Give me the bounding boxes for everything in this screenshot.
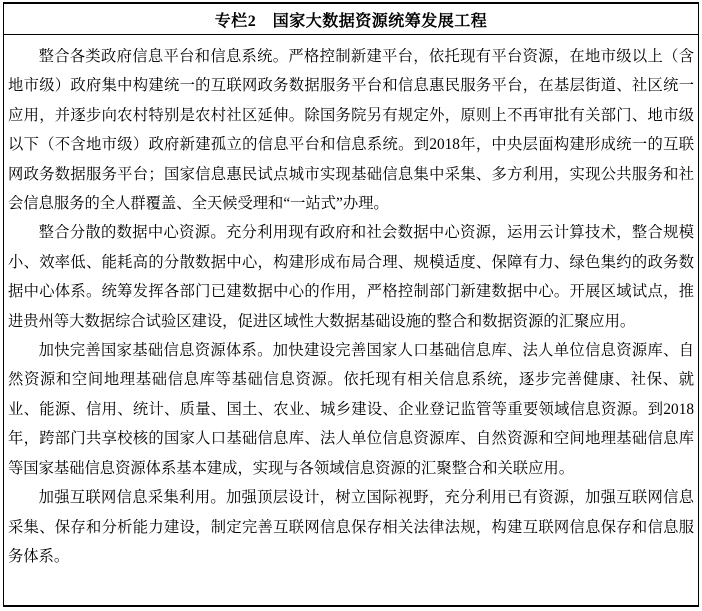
paragraph-basic-information-resources: 加快完善国家基础信息资源体系。加快建设完善国家人口基础信息库、法人单位信息资源库…: [8, 336, 694, 483]
box-body: 整合各类政府信息平台和信息系统。严格控制新建平台，依托现有平台资源，在地市级以上…: [4, 35, 698, 571]
box-title-bar: 专栏2 国家大数据资源统筹发展工程: [4, 4, 698, 35]
paragraph-internet-information-collection: 加强互联网信息采集利用。加强顶层设计，树立国际视野，充分利用已有资源，加强互联网…: [8, 483, 694, 571]
box-title: 专栏2 国家大数据资源统筹发展工程: [215, 8, 488, 31]
paragraph-integrate-platforms: 整合各类政府信息平台和信息系统。严格控制新建平台，依托现有平台资源，在地市级以上…: [8, 42, 694, 218]
callout-box: 专栏2 国家大数据资源统筹发展工程 整合各类政府信息平台和信息系统。严格控制新建…: [3, 2, 699, 607]
paragraph-integrate-data-centers: 整合分散的数据中心资源。充分利用现有政府和社会数据中心资源，运用云计算技术，整合…: [8, 218, 694, 336]
